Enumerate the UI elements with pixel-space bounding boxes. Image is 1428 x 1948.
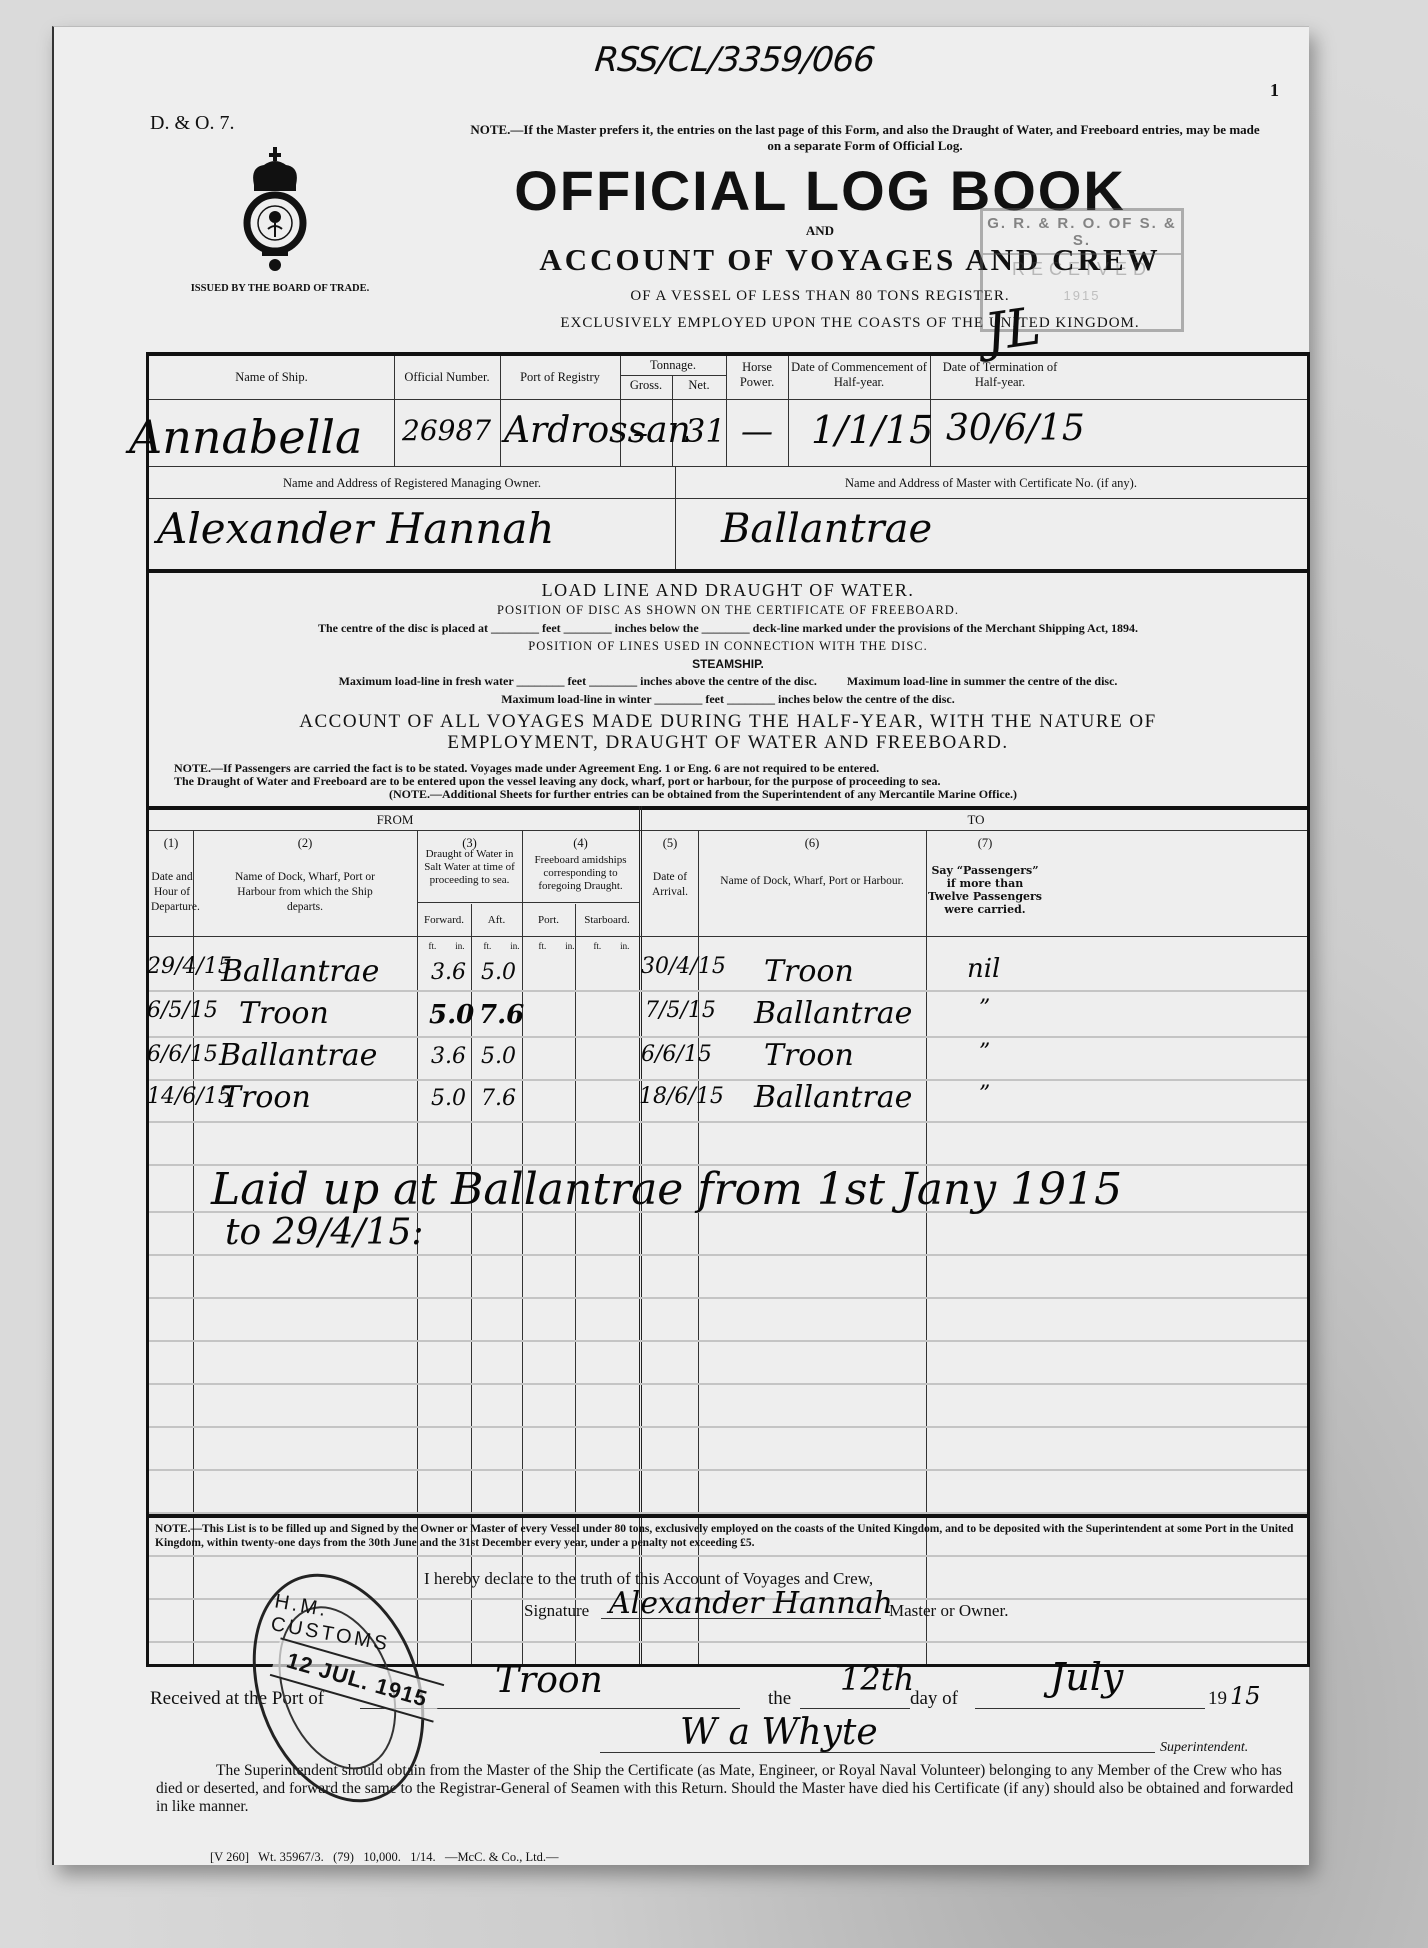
passengers: nil bbox=[967, 954, 1000, 984]
footer-note: NOTE.—This List is to be filled up and S… bbox=[155, 1522, 1295, 1550]
departure-date: 14/6/15 bbox=[147, 1084, 232, 1109]
label-port-of-registry: Port of Registry bbox=[500, 370, 620, 385]
archive-reference: RSS/CL/3359/066 bbox=[593, 40, 876, 80]
page-number: 1 bbox=[1270, 80, 1279, 101]
ship-name-value: Annabella bbox=[129, 410, 362, 464]
fresh-water-line: Maximum load-line in fresh water _______… bbox=[149, 674, 1307, 689]
form-code: D. & O. 7. bbox=[150, 112, 234, 135]
received-year-value: 15 bbox=[1230, 1682, 1261, 1710]
horse-power-value: — bbox=[741, 412, 773, 450]
day-of-label: day of bbox=[910, 1688, 958, 1710]
gross-tonnage-value: – bbox=[633, 416, 648, 451]
col1-label: Date and Hour of Departure. bbox=[151, 870, 193, 915]
top-note: NOTE.—If the Master prefers it, the entr… bbox=[465, 122, 1265, 154]
royal-crest-icon bbox=[240, 145, 310, 275]
col2-number: (2) bbox=[193, 836, 417, 851]
official-number-value: 26987 bbox=[402, 414, 491, 447]
issued-by: ISSUED BY THE BOARD OF TRADE. bbox=[150, 283, 410, 294]
commencement-value: 1/1/15 bbox=[811, 408, 933, 452]
col4-label: Freeboard amidships corresponding to for… bbox=[522, 854, 639, 893]
sub-port: Port. bbox=[522, 913, 575, 928]
label-master: Name and Address of Master with Certific… bbox=[675, 476, 1307, 491]
owner-value: Alexander Hannah bbox=[157, 504, 554, 553]
port-of-registry-value: Ardrossan bbox=[504, 410, 691, 451]
master-or-owner-label: Master or Owner. bbox=[889, 1601, 1008, 1621]
draught-forward: 3.6 bbox=[431, 1044, 466, 1069]
termination-value: 30/6/15 bbox=[946, 408, 1085, 449]
month-line bbox=[975, 1708, 1205, 1709]
col7-label: Say “Passengers” if more than Twelve Pas… bbox=[926, 864, 1044, 916]
sub-starboard: Starboard. bbox=[575, 913, 639, 928]
from-port: Ballantrae bbox=[219, 1038, 377, 1073]
received-stamp-line1: G. R. & R. O. OF S. & S. bbox=[983, 211, 1181, 255]
to-port: Ballantrae bbox=[754, 1080, 912, 1115]
draught-forward: 5.0 bbox=[431, 1086, 466, 1111]
to-port: Ballantrae bbox=[754, 996, 912, 1031]
group-to: TO bbox=[645, 812, 1307, 827]
draught-forward: 3.6 bbox=[431, 960, 466, 985]
voyage-note-3: (NOTE.—Additional Sheets for further ent… bbox=[389, 787, 1017, 802]
from-port: Troon bbox=[221, 1080, 311, 1115]
col2-label: Name of Dock, Wharf, Port or Harbour fro… bbox=[223, 870, 387, 915]
label-termination: Date of Termination of Half-year. bbox=[930, 360, 1070, 390]
load-line-title: LOAD LINE AND DRAUGHT OF WATER. bbox=[149, 580, 1307, 601]
arrival-date: 18/6/15 bbox=[639, 1084, 724, 1109]
to-port: Troon bbox=[764, 954, 854, 989]
draught-aft: 5.0 bbox=[481, 960, 516, 985]
master-value: Ballantrae bbox=[721, 506, 932, 552]
account-title-1: ACCOUNT OF ALL VOYAGES MADE DURING THE H… bbox=[149, 711, 1307, 733]
col6-number: (6) bbox=[698, 836, 926, 851]
departure-date: 29/4/15 bbox=[147, 954, 232, 979]
col5-label: Date of Arrival. bbox=[642, 870, 698, 900]
disc-heading: POSITION OF DISC AS SHOWN ON THE CERTIFI… bbox=[149, 603, 1307, 618]
superintendent-label: Superintendent. bbox=[1160, 1740, 1248, 1756]
departure-date: 6/5/15 bbox=[147, 998, 218, 1023]
sub-forward: Forward. bbox=[417, 913, 471, 928]
day-line bbox=[800, 1708, 910, 1709]
received-month-value: July bbox=[1050, 1655, 1123, 1699]
arrival-date: 7/5/15 bbox=[645, 998, 716, 1023]
net-tonnage-value: 31 bbox=[685, 412, 726, 450]
passengers: ” bbox=[979, 1040, 990, 1065]
to-port: Troon bbox=[764, 1038, 854, 1073]
superintendent-signature: W a Whyte bbox=[680, 1712, 878, 1753]
departure-date: 6/6/15 bbox=[147, 1042, 218, 1067]
col5-number: (5) bbox=[642, 836, 698, 851]
ft-in-units: ft.in. ft.in. ft.in. ft.in. bbox=[419, 941, 639, 951]
lines-heading: POSITION OF LINES USED IN CONNECTION WIT… bbox=[149, 639, 1307, 654]
from-port: Ballantrae bbox=[221, 954, 379, 989]
winter-line: Maximum load-line in winter ________ fee… bbox=[149, 692, 1307, 707]
superintendent-line bbox=[600, 1752, 1155, 1753]
group-from: FROM bbox=[149, 812, 641, 827]
col4-number: (4) bbox=[522, 836, 639, 851]
passengers: ” bbox=[979, 1082, 990, 1107]
passengers: ” bbox=[979, 996, 990, 1021]
col6-label: Name of Dock, Wharf, Port or Harbour. bbox=[709, 874, 915, 889]
sub-aft: Aft. bbox=[471, 913, 522, 928]
col7-number: (7) bbox=[926, 836, 1044, 851]
draught-aft: 7.6 bbox=[479, 1000, 524, 1030]
draught-aft: 7.6 bbox=[481, 1086, 516, 1111]
year-prefix: 19 bbox=[1208, 1688, 1227, 1710]
label-horse-power: Horse Power. bbox=[726, 360, 788, 390]
signature-label: Signature bbox=[524, 1601, 589, 1621]
received-day-value: 12th bbox=[840, 1660, 914, 1698]
label-name-of-ship: Name of Ship. bbox=[149, 370, 394, 385]
col1-number: (1) bbox=[149, 836, 193, 851]
disc-line: The centre of the disc is placed at ____… bbox=[149, 621, 1307, 636]
label-tonnage: Tonnage. bbox=[620, 358, 726, 373]
col3-label: Draught of Water in Salt Water at time o… bbox=[417, 848, 522, 887]
remark-line-2: to 29/4/15: bbox=[225, 1212, 424, 1253]
label-commencement: Date of Commencement of Half-year. bbox=[788, 360, 930, 390]
label-owner: Name and Address of Registered Managing … bbox=[149, 476, 675, 491]
form-box: Name of Ship. Official Number. Port of R… bbox=[146, 352, 1310, 1667]
remark-line-1: Laid up at Ballantrae from 1st Jany 1915 bbox=[211, 1164, 1122, 1215]
arrival-date: 30/4/15 bbox=[641, 954, 726, 979]
the-label: the bbox=[768, 1688, 791, 1710]
draught-forward: 5.0 bbox=[429, 1000, 474, 1030]
account-title-2: EMPLOYMENT, DRAUGHT OF WATER AND FREEBOA… bbox=[149, 732, 1307, 754]
label-gross: Gross. bbox=[620, 378, 672, 393]
printer-line: [V 260] Wt. 35967/3. (79) 10,000. 1/14. … bbox=[210, 1850, 559, 1865]
owner-signature: Alexander Hannah bbox=[609, 1586, 893, 1621]
arrival-date: 6/6/15 bbox=[641, 1042, 712, 1067]
received-stamp-line2: RECEIVED bbox=[983, 259, 1181, 280]
received-port-value: Troon bbox=[495, 1660, 603, 1701]
draught-aft: 5.0 bbox=[481, 1044, 516, 1069]
from-port: Troon bbox=[239, 996, 329, 1031]
steamship-heading: STEAMSHIP. bbox=[149, 657, 1307, 671]
label-net: Net. bbox=[672, 378, 726, 393]
label-official-number: Official Number. bbox=[394, 370, 500, 385]
